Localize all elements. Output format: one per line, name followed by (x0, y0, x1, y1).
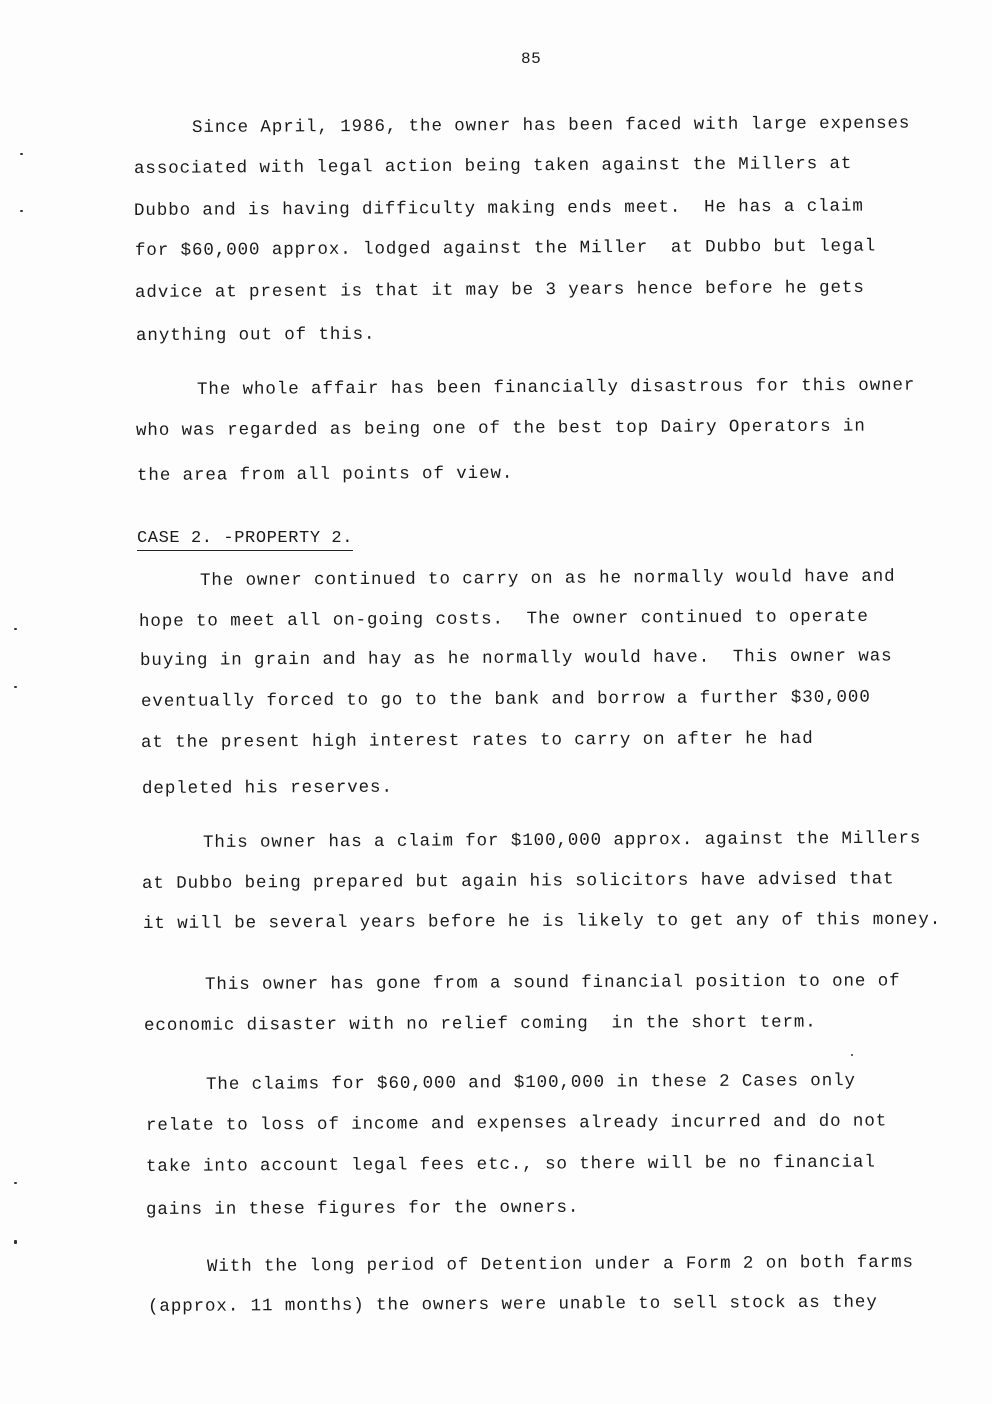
paragraph-3-line-2: hope to meet all on-going costs. The own… (139, 607, 869, 632)
paragraph-6-line-4: gains in these figures for the owners. (146, 1198, 579, 1220)
paragraph-2-line-1: The whole affair has been financially di… (197, 376, 915, 400)
paragraph-1-line-2: associated with legal action being taken… (134, 154, 852, 179)
paragraph-3-line-3: buying in grain and hay as he normally w… (140, 646, 893, 671)
paragraph-1-line-1: Since April, 1986, the owner has been fa… (192, 114, 910, 138)
document-page: 85 Since April, 1986, the owner has been… (0, 0, 992, 1404)
paragraph-7-line-1: With the long period of Detention under … (207, 1253, 914, 1277)
paragraph-6-line-3: take into account legal fees etc., so th… (146, 1153, 876, 1177)
scan-mark (14, 1240, 17, 1244)
paragraph-6-line-2: relate to loss of income and expenses al… (146, 1111, 887, 1136)
paragraph-6-line-1: The claims for $60,000 and $100,000 in t… (206, 1071, 856, 1095)
scan-mark (20, 210, 23, 212)
paragraph-2-line-3: the area from all points of view. (137, 464, 513, 486)
page-number: 85 (521, 50, 541, 68)
scan-mark (14, 628, 17, 630)
paragraph-3-line-1: The owner continued to carry on as he no… (200, 567, 896, 591)
paragraph-3-line-6: depleted his reserves. (142, 778, 393, 799)
scan-mark (14, 1182, 17, 1184)
paragraph-7-line-2: (approx. 11 months) the owners were unab… (148, 1293, 878, 1317)
paragraph-2-line-2: who was regarded as being one of the bes… (136, 417, 866, 441)
paragraph-5-line-1: This owner has gone from a sound financi… (205, 971, 901, 995)
paragraph-3-line-5: at the present high interest rates to ca… (141, 729, 814, 753)
scan-mark (851, 1054, 853, 1056)
scan-mark (20, 153, 23, 155)
paragraph-4-line-1: This owner has a claim for $100,000 appr… (203, 829, 921, 853)
case-2-heading: CASE 2. -PROPERTY 2. (137, 529, 353, 551)
paragraph-4-line-2: at Dubbo being prepared but again his so… (142, 869, 895, 894)
paragraph-5-line-2: economic disaster with no relief coming … (144, 1012, 817, 1036)
scan-mark (14, 686, 17, 688)
paragraph-4-line-3: it will be several years before he is li… (143, 910, 941, 934)
paragraph-1-line-6: anything out of this. (136, 325, 376, 346)
paragraph-1-line-4: for $60,000 approx. lodged against the M… (135, 236, 876, 261)
paragraph-3-line-4: eventually forced to go to the bank and … (141, 688, 871, 712)
paragraph-1-line-5: advice at present is that it may be 3 ye… (135, 278, 865, 303)
paragraph-1-line-3: Dubbo and is having difficulty making en… (134, 197, 864, 221)
